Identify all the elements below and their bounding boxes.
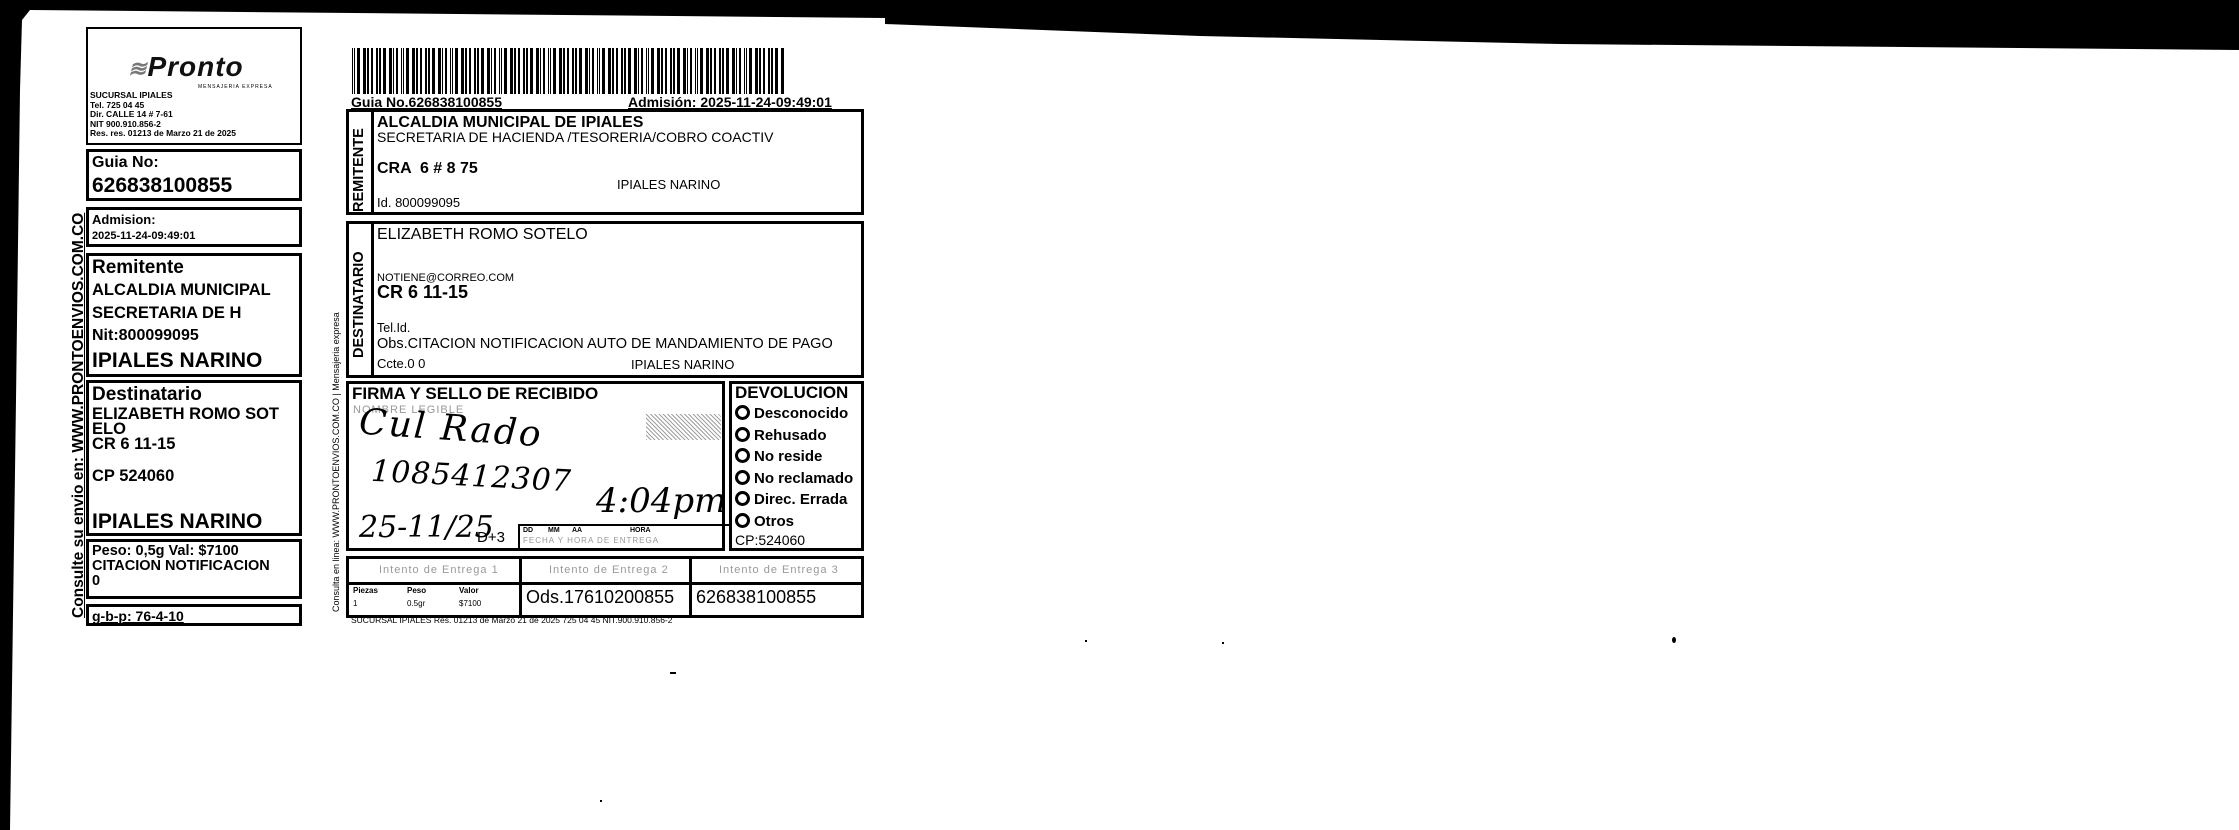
destinatario-ccte: Ccte.0 0 xyxy=(377,356,425,371)
header-admision: Admisión: 2025-11-24-09:49:01 xyxy=(628,94,832,110)
option-label: Desconocido xyxy=(754,405,848,422)
destinatario-tel: Tel.Id. xyxy=(377,321,410,335)
option-no-reclamado[interactable]: No reclamado xyxy=(735,468,853,490)
remitente-line1: ALCALDIA MUNICIPAL xyxy=(92,281,271,300)
row-divider xyxy=(349,582,861,585)
barcode xyxy=(352,48,788,94)
destinatario-address: CR 6 11-15 xyxy=(377,282,468,303)
option-rehusado[interactable]: Rehusado xyxy=(735,425,853,447)
scan-speck xyxy=(670,672,676,674)
valor-label: Valor xyxy=(459,586,479,595)
option-label: No reclamado xyxy=(754,470,853,487)
admision-value: 2025-11-24-09:49:01 xyxy=(92,230,195,242)
devolucion-section: DEVOLUCION Desconocido Rehusado No resid… xyxy=(729,381,864,551)
tab-divider xyxy=(371,224,374,375)
option-label: No reside xyxy=(754,448,822,465)
option-otros[interactable]: Otros xyxy=(735,511,853,533)
branch-box: ≋Pronto MENSAJERIA EXPRESA SUCURSAL IPIA… xyxy=(86,27,302,145)
ods-number: Ods.17610200855 xyxy=(526,587,674,608)
destinatario-title: Destinatario xyxy=(92,384,202,406)
peso-label: Peso xyxy=(407,586,426,595)
radio-icon[interactable] xyxy=(735,470,750,485)
left-side-url: Consulte su envio en: WWW.PRONTOENVIOS.C… xyxy=(70,213,88,618)
remitente-city: IPIALES NARINO xyxy=(92,349,262,373)
guia-box: Guia No: 626838100855 xyxy=(86,149,302,201)
tab-divider xyxy=(371,112,374,212)
devolucion-cp: CP:524060 xyxy=(735,532,805,548)
guia-label: Guia No: xyxy=(92,154,159,172)
remitente-dept: SECRETARIA DE HACIENDA /TESORERIA/COBRO … xyxy=(377,129,773,145)
radio-icon[interactable] xyxy=(735,427,750,442)
remitente-address: CRA 6 # 8 75 xyxy=(377,160,478,178)
peso-line: Peso: 0,5g Val: $7100 xyxy=(92,544,239,559)
scan-speck xyxy=(1222,642,1224,644)
radio-icon[interactable] xyxy=(735,405,750,420)
date-suffix: D+3 xyxy=(477,529,505,546)
dd-label: DD xyxy=(523,527,533,534)
option-direc-errada[interactable]: Direc. Errada xyxy=(735,489,853,511)
header-guia: Guia No.626838100855 xyxy=(351,94,502,110)
option-label: Direc. Errada xyxy=(754,491,847,508)
date-faint: FECHA Y HORA DE ENTREGA xyxy=(523,536,659,545)
scan-speck xyxy=(600,800,602,802)
radio-icon[interactable] xyxy=(735,513,750,528)
branch-info: SUCURSAL IPIALES Tel. 725 04 45 Dir. CAL… xyxy=(90,91,236,139)
col-divider xyxy=(519,559,522,615)
attempt-3: Intento de Entrega 3 xyxy=(719,564,839,576)
piezas-label: Piezas xyxy=(353,586,378,595)
radio-icon[interactable] xyxy=(735,448,750,463)
devolucion-options: Desconocido Rehusado No reside No reclam… xyxy=(735,403,853,532)
signature: Cul Rado xyxy=(358,402,544,456)
attempt-2: Intento de Entrega 2 xyxy=(549,564,669,576)
remitente-name: ALCALDIA MUNICIPAL DE IPIALES xyxy=(377,115,643,130)
bottom-table: Intento de Entrega 1 Intento de Entrega … xyxy=(346,556,864,618)
devolucion-title: DEVOLUCION xyxy=(735,383,848,403)
firma-title: FIRMA Y SELLO DE RECIBIDO xyxy=(352,384,598,404)
option-label: Otros xyxy=(754,513,794,530)
aa-label: AA xyxy=(572,527,582,534)
destinatario-box: Destinatario ELIZABETH ROMO SOT ELO CR 6… xyxy=(86,380,302,536)
stamp-dots xyxy=(646,414,721,440)
hora-label: HORA xyxy=(630,527,651,534)
scan-speck xyxy=(1672,637,1676,643)
footer-text: SUCURSAL IPIALES Res. 01213 de Marzo 21 … xyxy=(351,615,672,625)
guia-number-bottom: 626838100855 xyxy=(696,587,816,608)
remitente-tab: REMITENTE xyxy=(351,128,367,212)
radio-icon[interactable] xyxy=(735,491,750,506)
guia-number: 626838100855 xyxy=(92,174,232,198)
destinatario-city: IPIALES NARINO xyxy=(631,357,734,372)
destinatario-tab: DESTINATARIO xyxy=(351,251,367,358)
remitente-box: Remitente ALCALDIA MUNICIPAL SECRETARIA … xyxy=(86,253,302,377)
destinatario-obs: Obs.CITACION NOTIFICACION AUTO DE MANDAM… xyxy=(377,336,867,352)
valor-value: $7100 xyxy=(459,599,481,608)
destinatario-section: DESTINATARIO ELIZABETH ROMO SOTELO NOTIE… xyxy=(346,221,864,378)
destinatario-name: ELIZABETH ROMO SOTELO xyxy=(377,226,588,244)
remitente-title: Remitente xyxy=(92,257,184,279)
admision-box: Admision: 2025-11-24-09:49:01 xyxy=(86,207,302,247)
main-side-url: Consulta en linea: WWW.PRONTOENVIOS.COM.… xyxy=(331,312,341,612)
handwritten-date: 25-11/25 xyxy=(359,510,494,545)
content-line: CITACION NOTIFICACION xyxy=(92,559,270,574)
pronto-logo: ≋Pronto xyxy=(128,51,244,83)
remitente-line2: SECRETARIA DE H xyxy=(92,304,241,323)
option-label: Rehusado xyxy=(754,427,827,444)
remitente-nit: Nit:800099095 xyxy=(92,327,199,345)
content-box: Peso: 0,5g Val: $7100 CITACION NOTIFICAC… xyxy=(86,539,302,599)
scan-speck xyxy=(1085,640,1087,642)
mm-label: MM xyxy=(548,527,560,534)
branch-res: Res. res. 01213 de Marzo 21 de 2025 xyxy=(90,129,236,139)
handwritten-time: 4:04pm xyxy=(596,481,726,521)
remitente-id: Id. 800099095 xyxy=(377,195,460,210)
handwritten-id: 1085412307 xyxy=(370,454,572,499)
date-fields-box: DD MM AA HORA FECHA Y HORA DE ENTREGA xyxy=(518,524,730,550)
option-desconocido[interactable]: Desconocido xyxy=(735,403,853,425)
destinatario-address: CR 6 11-15 xyxy=(92,436,175,452)
admision-label: Admision: xyxy=(92,212,156,227)
piezas-value: 1 xyxy=(353,599,357,608)
option-no-reside[interactable]: No reside xyxy=(735,446,853,468)
remitente-city: IPIALES NARINO xyxy=(617,177,720,192)
destinatario-city: IPIALES NARINO xyxy=(92,511,262,533)
col-divider xyxy=(689,559,692,615)
peso-value: 0.5gr xyxy=(407,599,425,608)
content-extra: 0 xyxy=(92,574,100,589)
firma-section: FIRMA Y SELLO DE RECIBIDO NOMBRE LEGIBLE… xyxy=(346,381,725,551)
attempt-1: Intento de Entrega 1 xyxy=(379,564,499,576)
remitente-section: REMITENTE ALCALDIA MUNICIPAL DE IPIALES … xyxy=(346,109,864,215)
destinatario-cp: CP 524060 xyxy=(92,467,174,486)
brand-subtitle: MENSAJERIA EXPRESA xyxy=(198,84,273,90)
route-code: g-b-p: 76-4-10 xyxy=(92,608,184,624)
code-box: g-b-p: 76-4-10 xyxy=(86,604,302,626)
